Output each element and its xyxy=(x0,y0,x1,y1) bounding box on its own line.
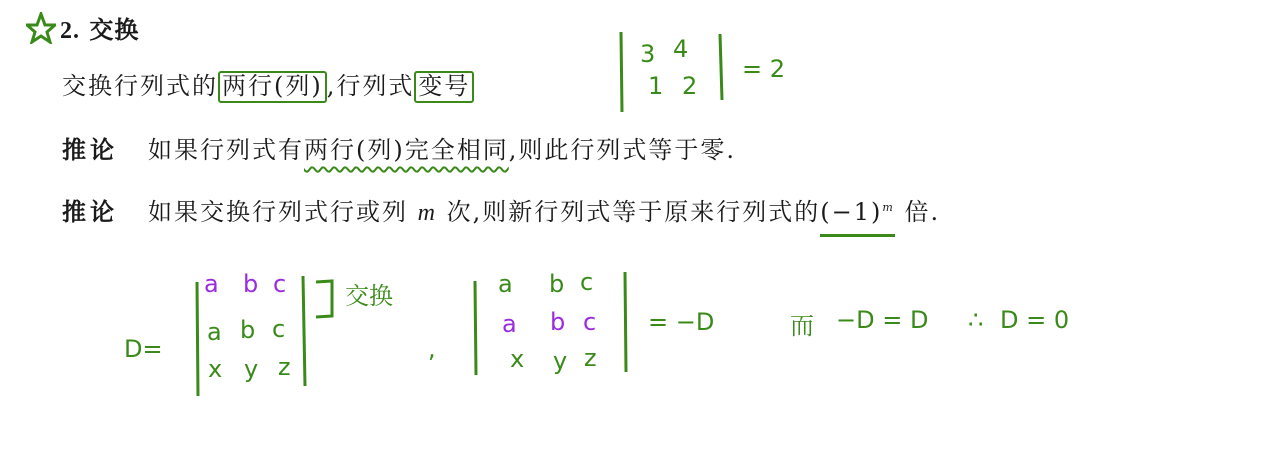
matrix-cell: c xyxy=(272,315,285,343)
matrix-cell: c xyxy=(273,270,286,298)
matrix-cell: c xyxy=(580,268,593,296)
separator-comma: , xyxy=(428,335,436,363)
matrix-cell: c xyxy=(583,308,596,336)
annotation-top-result: = 2 xyxy=(742,55,785,83)
matrix-cell: b xyxy=(550,308,565,336)
matrix-cell: x xyxy=(208,355,222,383)
matrix-cell: a xyxy=(207,318,222,346)
equation-neg-d: = −D xyxy=(648,308,714,336)
matrix-cell: 2 xyxy=(682,72,697,100)
d-label: D= xyxy=(124,335,163,363)
matrix-cell: 3 xyxy=(640,40,655,68)
matrix-cell: b xyxy=(243,270,258,298)
matrix-cell: y xyxy=(244,355,258,383)
matrix-cell: y xyxy=(553,347,567,375)
matrix-cell: a xyxy=(204,270,219,298)
handwriting-strokes xyxy=(0,0,1262,457)
matrix-cell: a xyxy=(498,270,513,298)
conjunction-er: 而 xyxy=(790,306,814,341)
matrix-cell: a xyxy=(502,310,517,338)
swap-note: 交换 xyxy=(345,276,393,311)
therefore-symbol: ∴ xyxy=(968,306,983,334)
matrix-cell: x xyxy=(510,345,524,373)
matrix-cell: z xyxy=(278,353,291,381)
matrix-cell: 1 xyxy=(648,72,663,100)
matrix-cell: b xyxy=(240,316,255,344)
matrix-cell: 4 xyxy=(673,35,688,63)
equation-neg-d-equals-d: −D = D xyxy=(836,306,928,334)
matrix-cell: b xyxy=(549,270,564,298)
equation-d-equals-zero: D = 0 xyxy=(1000,306,1069,334)
matrix-cell: z xyxy=(584,344,597,372)
